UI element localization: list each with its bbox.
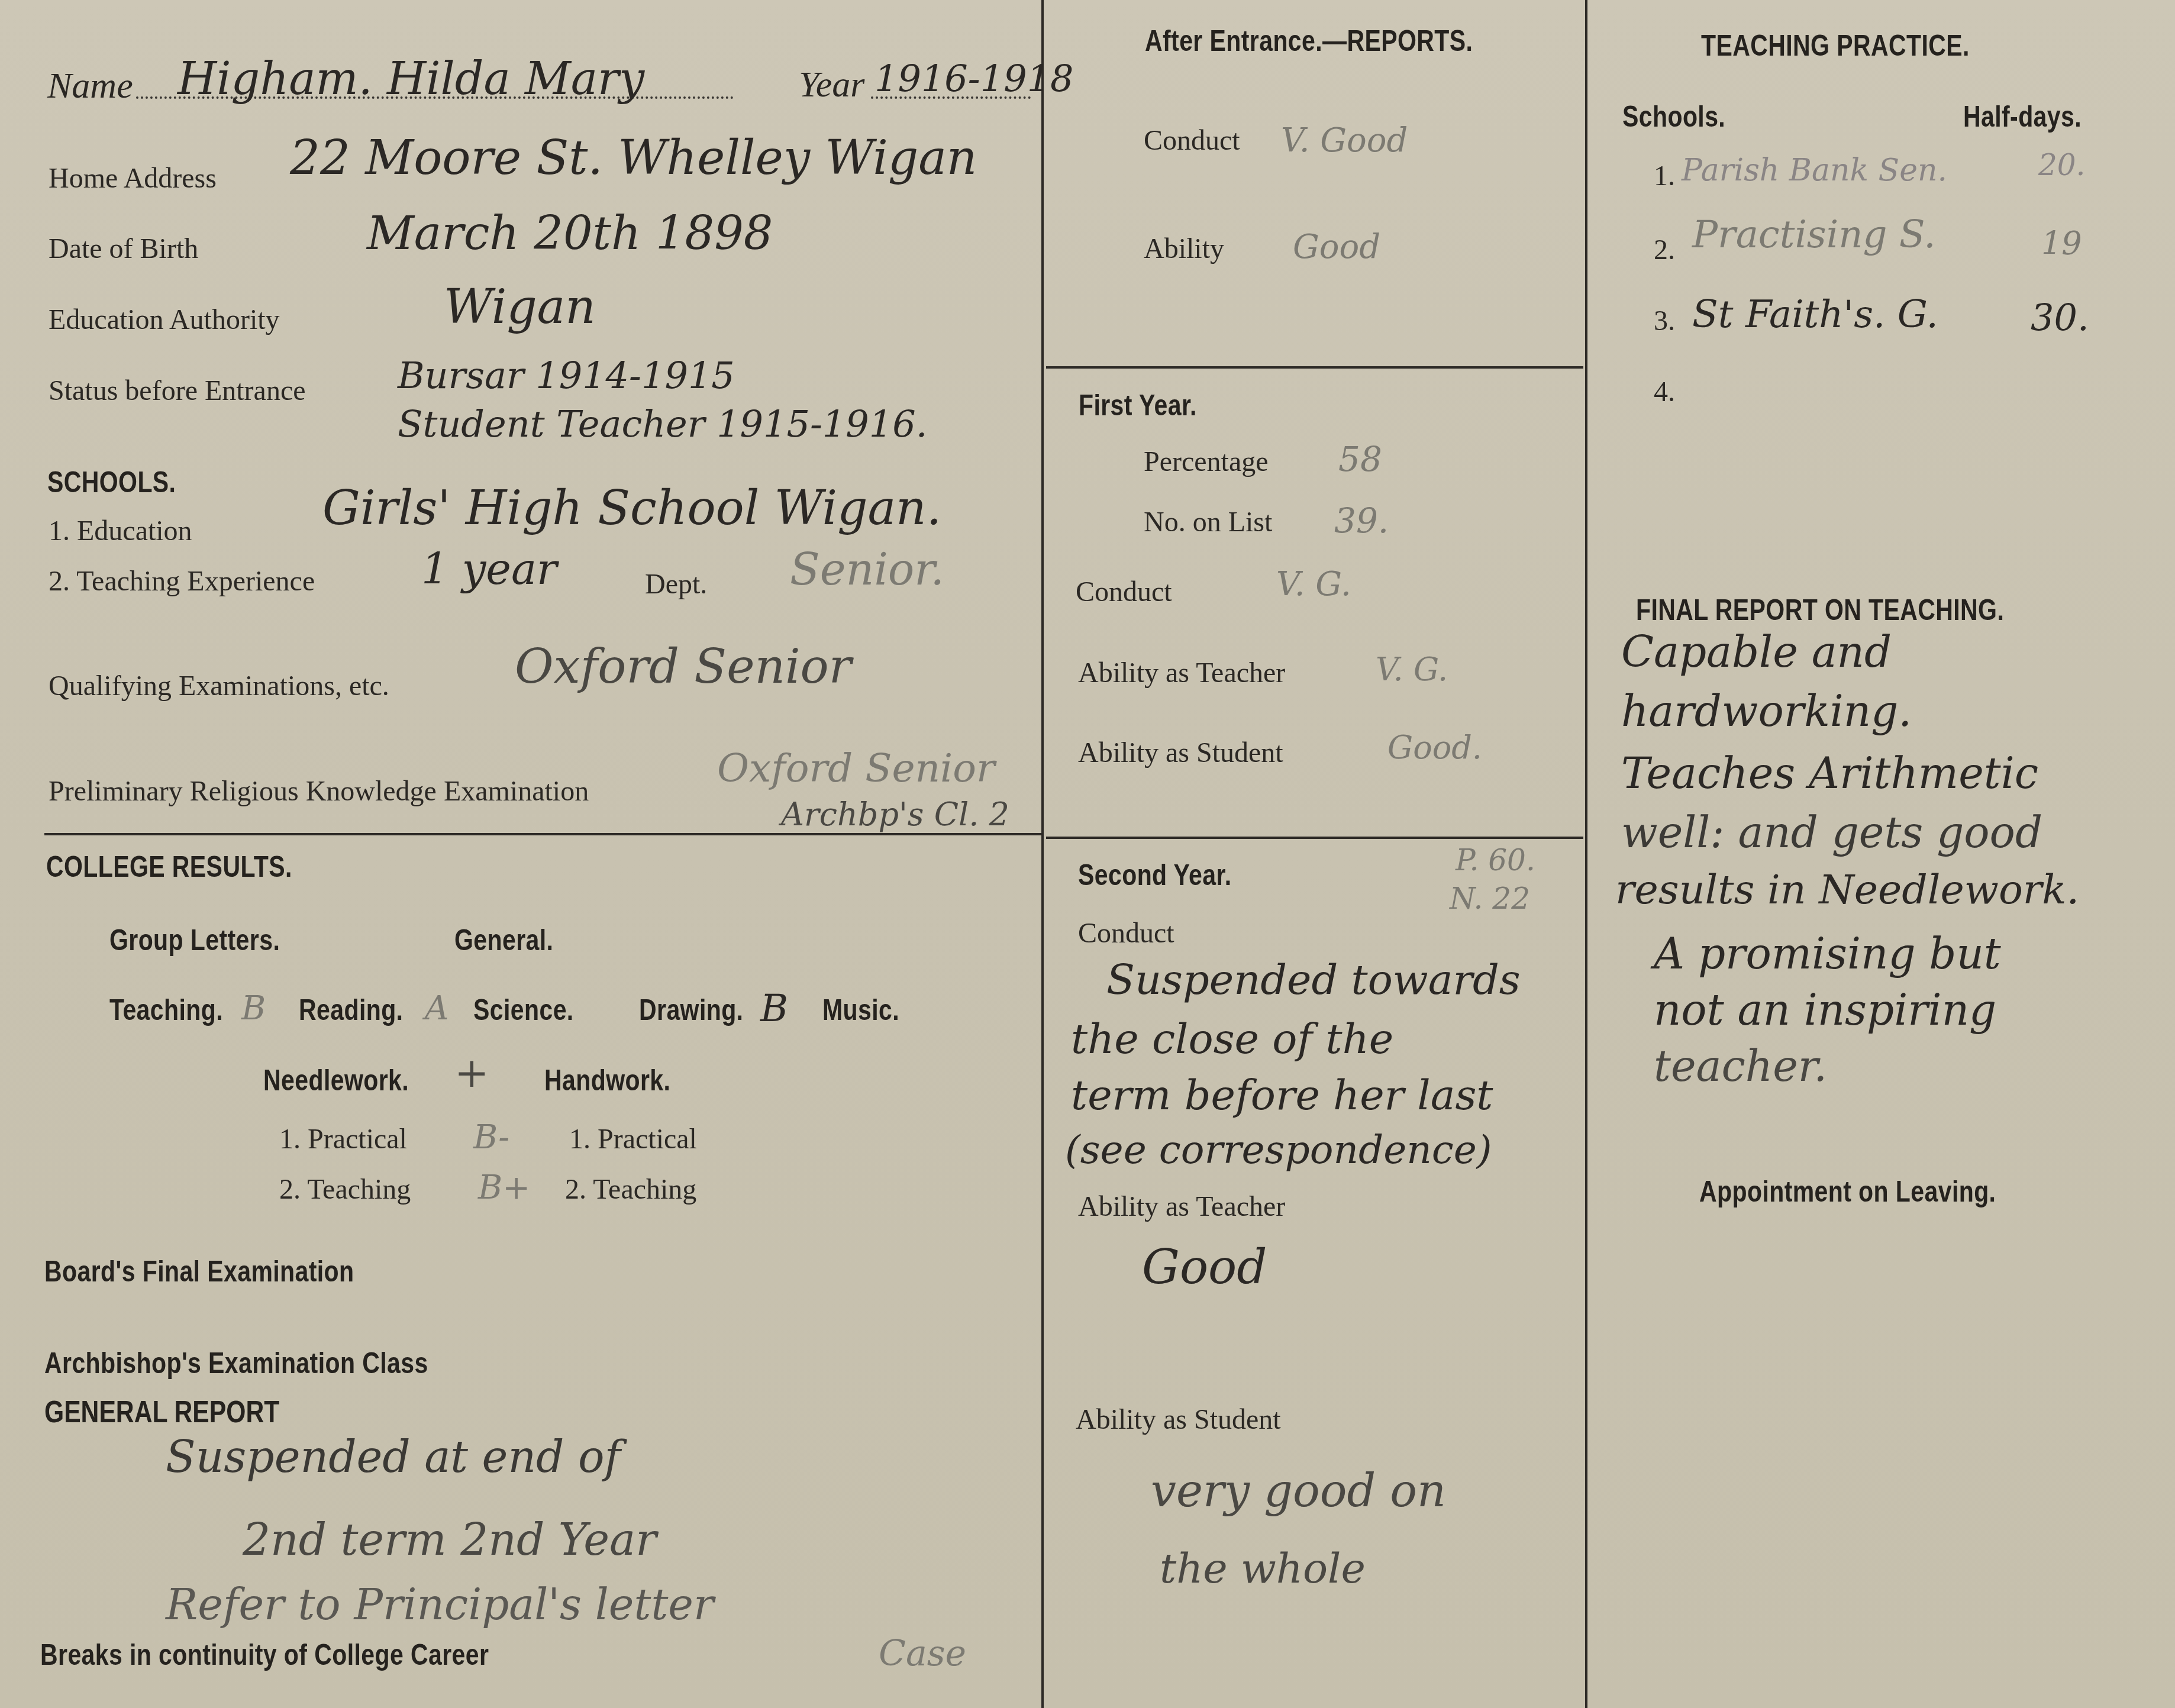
drawing-grade[interactable]: B [760,987,788,1031]
first-year-heading: First Year. [1079,388,1197,422]
hand-teaching-label: 2. Teaching [565,1173,696,1206]
hand-practical-label: 1. Practical [569,1123,697,1155]
needle-teaching-label: 2. Teaching [279,1173,411,1206]
needlework-mark[interactable]: + [454,1048,489,1097]
science-label: Science. [473,993,574,1027]
schools-column-header: Schools. [1622,99,1725,134]
general-report-line-1[interactable]: Suspended at end of [166,1432,621,1483]
edu-authority-value[interactable]: Wigan [444,279,596,334]
home-address-label: Home Address [49,162,217,195]
year-label: Year [799,64,864,106]
group-letters-label: Group Letters. [109,923,280,957]
name-label: Name [47,65,133,107]
general-label: General. [454,923,553,957]
practice-num-2: 2. [1654,234,1675,266]
sy-conduct-line-1[interactable]: Suspended towards [1106,955,1521,1004]
divider-mid-second-year [1046,837,1583,839]
needlework-label: Needlework. [263,1063,409,1097]
practice-school-2[interactable]: Practising S. [1692,213,1936,257]
final-report-line-1[interactable]: Capable and [1621,627,1892,677]
final-report-line-5[interactable]: results in Needlework. [1615,867,2079,913]
entrance-ability-value[interactable]: Good [1293,228,1380,266]
final-report-line-7[interactable]: not an inspiring [1654,985,1996,1035]
music-label: Music. [822,993,899,1027]
final-report-line-8[interactable]: teacher. [1654,1041,1827,1091]
dept-label: Dept. [645,568,707,600]
teaching-exp-label: 2. Teaching Experience [49,565,315,598]
education-label: 1. Education [49,515,192,547]
general-report-line-3[interactable]: Refer to Principal's letter [166,1580,714,1629]
sy-conduct-line-3[interactable]: term before her last [1071,1071,1493,1119]
needle-practical-label: 1. Practical [279,1123,407,1155]
final-report-line-6[interactable]: A promising but [1654,929,2001,979]
final-report-heading: FINAL REPORT ON TEACHING. [1636,593,2004,627]
qualifying-value[interactable]: Oxford Senior [515,639,851,694]
fy-student-label: Ability as Student [1078,737,1283,769]
fy-conduct-value[interactable]: V. G. [1276,565,1351,603]
fy-conduct-label: Conduct [1076,576,1172,608]
boards-final-label: Board's Final Examination [44,1254,354,1289]
percentage-label: Percentage [1144,445,1269,478]
prelim-label: Preliminary Religious Knowledge Examinat… [49,775,589,808]
archbishop-label: Archbishop's Examination Class [44,1346,428,1380]
column-divider-left [1041,0,1044,1708]
needle-practical-grade[interactable]: B- [473,1118,509,1157]
reading-grade[interactable]: A [425,989,448,1028]
reading-label: Reading. [299,993,403,1027]
prelim-value-2[interactable]: Archbp's Cl. 2 [781,796,1009,833]
qualifying-label: Qualifying Examinations, etc. [49,670,389,702]
entrance-conduct-value[interactable]: V. Good [1281,121,1408,160]
halfdays-column-header: Half-days. [1963,99,2082,134]
name-value[interactable]: Higham. Hilda Mary [178,52,644,105]
percentage-value[interactable]: 58 [1338,439,1382,479]
entrance-ability-label: Ability [1144,233,1224,265]
fy-teacher-label: Ability as Teacher [1078,657,1285,689]
edu-authority-label: Education Authority [49,303,280,336]
practice-school-1[interactable]: Parish Bank Sen. [1682,153,1947,188]
status-value-1[interactable]: Bursar 1914-1915 [398,354,735,397]
practice-num-3: 3. [1654,305,1675,337]
divider-mid-first-year [1046,366,1583,369]
status-label: Status before Entrance [49,374,305,407]
record-card: Name Higham. Hilda Mary Year 1916-1918 H… [0,0,2175,1708]
sy-student-line-1[interactable]: very good on [1151,1464,1446,1517]
fy-student-value[interactable]: Good. [1387,729,1482,766]
handwork-label: Handwork. [544,1063,670,1097]
practice-num-4: 4. [1654,376,1675,408]
drawing-label: Drawing. [639,993,743,1027]
teaching-label: Teaching. [109,993,223,1027]
sy-teacher-label: Ability as Teacher [1078,1190,1285,1223]
appointment-on-leaving-label: Appointment on Leaving. [1699,1174,1996,1209]
sy-student-line-2[interactable]: the whole [1160,1544,1366,1593]
needle-teaching-grade[interactable]: B+ [478,1168,530,1207]
home-address-value[interactable]: 22 Moore St. Whelley Wigan [290,130,977,185]
sy-conduct-label: Conduct [1078,917,1174,950]
sy-student-label: Ability as Student [1076,1403,1281,1436]
dob-value[interactable]: March 20th 1898 [367,207,773,260]
practice-num-1: 1. [1654,160,1675,192]
teaching-practice-heading: TEACHING PRACTICE. [1701,28,1970,63]
breaks-label: Breaks in continuity of College Career [40,1638,489,1672]
college-results-heading: COLLEGE RESULTS. [46,850,292,884]
final-report-line-4[interactable]: well: and gets good [1621,808,2042,857]
divider-left-results [44,833,1041,835]
fy-teacher-value[interactable]: V. G. [1376,651,1448,688]
no-on-list-label: No. on List [1144,506,1272,538]
status-value-2[interactable]: Student Teacher 1915-1916. [398,402,927,445]
dept-value[interactable]: Senior. [790,544,944,595]
general-report-heading: GENERAL REPORT [44,1394,279,1430]
schools-heading: SCHOOLS. [47,465,176,499]
column-divider-right [1585,0,1587,1708]
sy-conduct-line-2[interactable]: the close of the [1071,1015,1393,1063]
final-report-line-3[interactable]: Teaches Arithmetic [1621,748,2038,798]
practice-school-3[interactable]: St Faith's. G. [1692,293,1938,337]
second-year-heading: Second Year. [1078,858,1231,892]
practice-halfdays-3[interactable]: 30. [2031,296,2089,339]
prelim-value-1[interactable]: Oxford Senior [717,745,995,791]
general-report-line-2[interactable]: 2nd term 2nd Year [243,1515,657,1565]
after-entrance-heading: After Entrance.—REPORTS. [1145,24,1473,58]
education-value[interactable]: Girls' High School Wigan. [322,480,941,535]
year-value[interactable]: 1916-1918 [874,57,1074,100]
general-report-line-4[interactable]: Case [879,1633,966,1674]
sy-teacher-value[interactable]: Good [1142,1239,1267,1294]
dob-label: Date of Birth [49,233,198,265]
entrance-conduct-label: Conduct [1144,124,1240,157]
teaching-grade[interactable]: B [241,989,266,1028]
practice-halfdays-2[interactable]: 19 [2041,225,2082,262]
no-on-list-value[interactable]: 39. [1334,501,1389,541]
teaching-exp-value[interactable]: 1 year [421,544,557,594]
second-year-p-note[interactable]: P. 60. [1456,843,1535,877]
practice-halfdays-1[interactable]: 20. [2038,148,2086,182]
final-report-line-2[interactable]: hardworking. [1621,686,1912,736]
sy-conduct-line-4[interactable]: (see correspondence) [1065,1127,1492,1173]
second-year-n-note[interactable]: N. 22 [1450,882,1530,916]
